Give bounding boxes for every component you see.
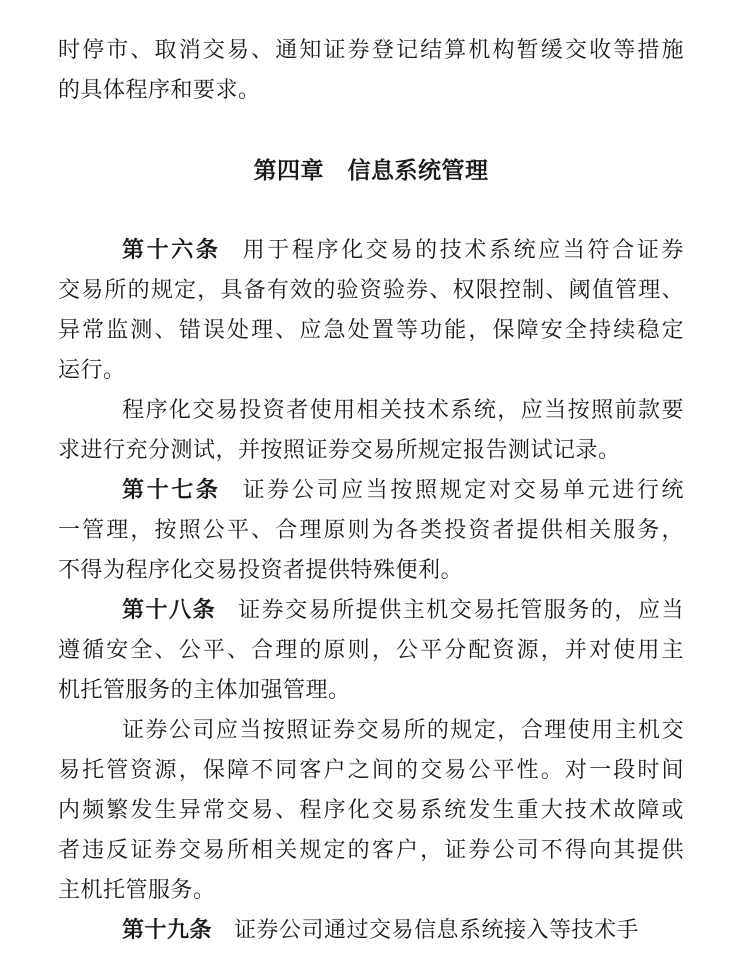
line-text: 求进行充分测试，并按照证券交易所规定报告测试记录。 — [58, 437, 621, 462]
line-text: 运行。 — [58, 357, 126, 382]
line-text: 第四章 信息系统管理 — [254, 157, 489, 183]
line-text: 的具体程序和要求。 — [58, 77, 261, 102]
text-line: 求进行充分测试，并按照证券交易所规定报告测试记录。 — [58, 430, 684, 470]
text-line: 易托管资源，保障不同客户之间的交易公平性。对一段时间 — [58, 750, 684, 790]
text-line: 机托管服务的主体加强管理。 — [58, 670, 684, 710]
line-text: 不得为程序化交易投资者提供特殊便利。 — [58, 557, 463, 582]
text-line: 遵循安全、公平、合理的原则，公平分配资源，并对使用主 — [58, 630, 684, 670]
line-text: 程序化交易投资者使用相关技术系统，应当按照前款要 — [122, 397, 684, 422]
line-text: 内频繁发生异常交易、程序化交易系统发生重大技术故障或 — [58, 797, 684, 822]
line-text: 易托管资源，保障不同客户之间的交易公平性。对一段时间 — [58, 757, 684, 782]
text-line: 时停市、取消交易、通知证券登记结算机构暂缓交收等措施 — [58, 30, 684, 70]
line-text: 遵循安全、公平、合理的原则，公平分配资源，并对使用主 — [58, 637, 684, 662]
line-text: 证券公司通过交易信息系统接入等技术手 — [234, 917, 639, 942]
text-line: 第十七条证券公司应当按照规定对交易单元进行统 — [58, 470, 684, 510]
blank-line — [58, 190, 684, 230]
line-text: 机托管服务的主体加强管理。 — [58, 677, 351, 702]
article-number-label: 第十八条 — [122, 597, 216, 622]
text-line: 第十九条证券公司通过交易信息系统接入等技术手 — [58, 910, 684, 950]
line-text: 交易所的规定，具备有效的验资验券、权限控制、阈值管理、 — [58, 277, 684, 302]
text-line: 异常监测、错误处理、应急处置等功能，保障安全持续稳定 — [58, 310, 684, 350]
chapter-heading: 第四章 信息系统管理 — [58, 150, 684, 190]
line-text: 用于程序化交易的技术系统应当符合证券 — [243, 237, 684, 262]
article-number-label: 第十六条 — [122, 237, 221, 262]
text-line: 证券公司应当按照证券交易所的规定，合理使用主机交 — [58, 710, 684, 750]
article-number-label: 第十九条 — [122, 917, 212, 942]
document-page: 时停市、取消交易、通知证券登记结算机构暂缓交收等措施的具体程序和要求。第四章 信… — [0, 0, 740, 962]
line-text: 一管理，按照公平、合理原则为各类投资者提供相关服务， — [58, 517, 684, 542]
text-line: 内频繁发生异常交易、程序化交易系统发生重大技术故障或 — [58, 790, 684, 830]
line-text: 者违反证券交易所相关规定的客户，证券公司不得向其提供 — [58, 837, 684, 862]
text-line: 主机托管服务。 — [58, 870, 684, 910]
text-line: 运行。 — [58, 350, 684, 390]
line-text: 证券公司应当按照规定对交易单元进行统 — [243, 477, 684, 502]
text-line: 第十六条用于程序化交易的技术系统应当符合证券 — [58, 230, 684, 270]
text-line: 的具体程序和要求。 — [58, 70, 684, 110]
text-line: 第十八条证券交易所提供主机交易托管服务的，应当 — [58, 590, 684, 630]
text-line: 交易所的规定，具备有效的验资验券、权限控制、阈值管理、 — [58, 270, 684, 310]
document-lines: 时停市、取消交易、通知证券登记结算机构暂缓交收等措施的具体程序和要求。第四章 信… — [0, 0, 740, 950]
line-text: 证券公司应当按照证券交易所的规定，合理使用主机交 — [122, 717, 684, 742]
line-text: 主机托管服务。 — [58, 877, 216, 902]
line-text: 时停市、取消交易、通知证券登记结算机构暂缓交收等措施 — [58, 37, 684, 62]
text-line: 者违反证券交易所相关规定的客户，证券公司不得向其提供 — [58, 830, 684, 870]
blank-line — [58, 110, 684, 150]
text-line: 不得为程序化交易投资者提供特殊便利。 — [58, 550, 684, 590]
line-text: 异常监测、错误处理、应急处置等功能，保障安全持续稳定 — [58, 317, 684, 342]
line-text: 证券交易所提供主机交易托管服务的，应当 — [238, 597, 684, 622]
text-line: 一管理，按照公平、合理原则为各类投资者提供相关服务， — [58, 510, 684, 550]
text-line: 程序化交易投资者使用相关技术系统，应当按照前款要 — [58, 390, 684, 430]
article-number-label: 第十七条 — [122, 477, 221, 502]
